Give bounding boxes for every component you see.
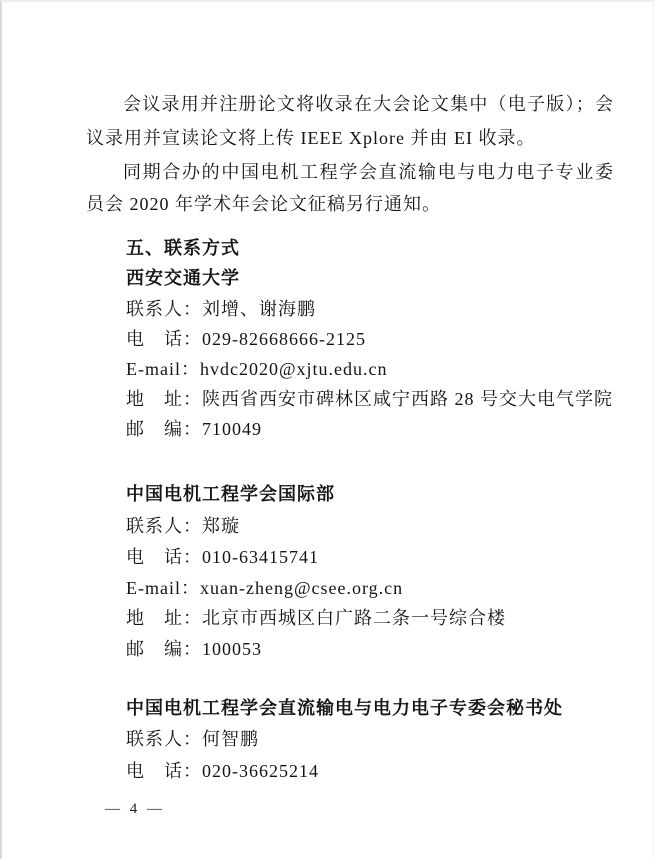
contact-label: 地 址： <box>126 608 202 628</box>
contact-line: E-mail：xuan-zheng@csee.org.cn <box>126 575 403 601</box>
org-name: 中国电机工程学会国际部 <box>126 481 335 507</box>
page-number: — 4 — <box>105 801 165 818</box>
contact-line: 邮 编：710049 <box>126 416 262 442</box>
contact-label: 邮 编： <box>126 419 202 439</box>
contact-value: 北京市西城区白广路二条一号综合楼 <box>202 608 506 628</box>
contact-label: 电 话： <box>126 547 202 567</box>
contact-label: 电 话： <box>126 329 202 349</box>
contact-value: 刘增、谢海鹏 <box>202 299 316 319</box>
contact-label: 地 址： <box>126 389 202 409</box>
section-heading: 五、联系方式 <box>126 235 240 261</box>
contact-value: 何智鹏 <box>202 729 259 749</box>
contact-label: 电 话： <box>126 761 202 781</box>
document-page: 会议录用并注册论文将收录在大会论文集中（电子版）；会 议录用并宣读论文将上传 I… <box>0 0 654 859</box>
contact-line: 联系人：何智鹏 <box>126 726 259 752</box>
contact-value: 020-36625214 <box>202 761 319 781</box>
contact-line: 电 话：029-82668666-2125 <box>126 326 366 352</box>
contact-line: 联系人：郑璇 <box>126 513 240 539</box>
contact-value: 郑璇 <box>202 516 240 536</box>
org-name: 中国电机工程学会直流输电与电力电子专委会秘书处 <box>126 695 563 721</box>
paragraph-line: 员会 2020 年学术年会论文征稿另行通知。 <box>86 191 614 217</box>
contact-label: E-mail： <box>126 359 200 379</box>
paragraph-line: 同期合办的中国电机工程学会直流输电与电力电子专业委 <box>123 159 614 185</box>
contact-line: 邮 编：100053 <box>126 636 262 662</box>
contact-label: 联系人： <box>126 299 202 319</box>
contact-label: E-mail： <box>126 578 200 598</box>
contact-value: hvdc2020@xjtu.edu.cn <box>200 359 388 379</box>
contact-value: 陕西省西安市碑林区咸宁西路 28 号交大电气学院 <box>202 389 613 409</box>
paragraph-line: 议录用并宣读论文将上传 IEEE Xplore 并由 EI 收录。 <box>86 125 614 151</box>
contact-value: 010-63415741 <box>202 547 319 567</box>
contact-line: E-mail：hvdc2020@xjtu.edu.cn <box>126 356 388 382</box>
contact-value: 029-82668666-2125 <box>202 329 366 349</box>
paragraph-line: 会议录用并注册论文将收录在大会论文集中（电子版）；会 <box>123 91 614 117</box>
contact-label: 联系人： <box>126 516 202 536</box>
contact-value: xuan-zheng@csee.org.cn <box>200 578 403 598</box>
contact-line: 地 址：陕西省西安市碑林区咸宁西路 28 号交大电气学院 <box>126 386 613 412</box>
contact-label: 邮 编： <box>126 639 202 659</box>
org-name: 西安交通大学 <box>126 265 240 291</box>
contact-line: 电 话：020-36625214 <box>126 758 319 784</box>
contact-label: 联系人： <box>126 729 202 749</box>
contact-line: 地 址：北京市西城区白广路二条一号综合楼 <box>126 605 506 631</box>
contact-value: 710049 <box>202 419 262 439</box>
contact-line: 电 话：010-63415741 <box>126 544 319 570</box>
contact-line: 联系人：刘增、谢海鹏 <box>126 296 316 322</box>
contact-value: 100053 <box>202 639 262 659</box>
